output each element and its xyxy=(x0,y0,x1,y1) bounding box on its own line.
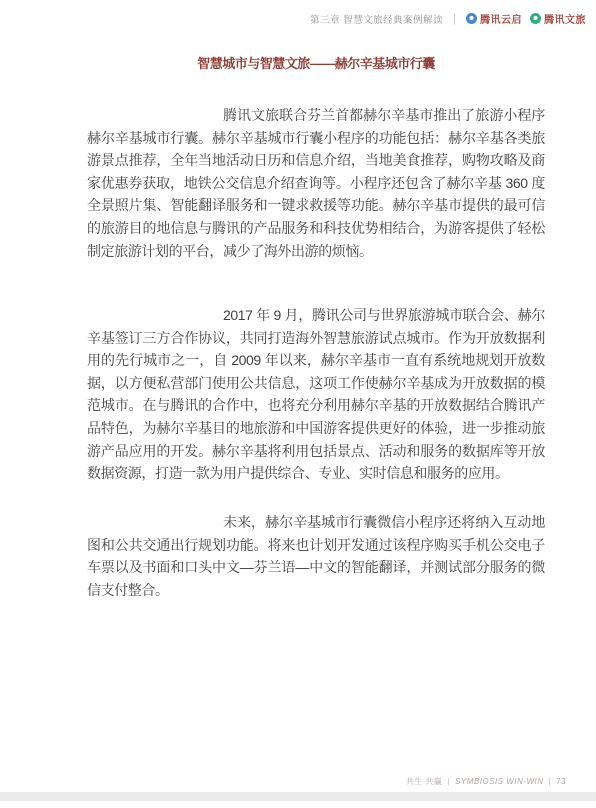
footer-separator: | xyxy=(447,777,450,786)
document-page: 第三章 智慧文旅经典案例解读 | 腾讯云启 腾讯文旅 智慧城市与智慧文旅——赫尔… xyxy=(0,0,596,808)
chapter-heading: 第三章 智慧文旅经典案例解读 xyxy=(310,12,443,26)
tencent-cloud-icon xyxy=(466,13,477,24)
tencent-culture-tourism-logo-label: 腾讯文旅 xyxy=(544,11,586,26)
footer-slogan-cn: 共生 共赢 xyxy=(406,776,443,787)
tencent-culture-tourism-logo: 腾讯文旅 xyxy=(530,11,586,26)
paragraph-3: 未来，赫尔辛基城市行囊微信小程序还将纳入互动地图和公共交通出行规划功能。将来也计… xyxy=(87,511,545,601)
bottom-bar xyxy=(0,792,596,801)
paragraph-1: 腾讯文旅联合芬兰首都赫尔辛基市推出了旅游小程序赫尔辛基城市行囊。赫尔辛基城市行囊… xyxy=(87,104,545,262)
running-header: 第三章 智慧文旅经典案例解读 | 腾讯云启 腾讯文旅 xyxy=(310,11,586,26)
paragraph-2: 2017 年 9 月，腾讯公司与世界旅游城市联合会、赫尔辛基签订三方合作协议，共… xyxy=(87,304,545,485)
header-divider: | xyxy=(453,13,456,25)
tencent-culture-tourism-icon xyxy=(530,13,541,24)
footer-separator: | xyxy=(549,777,552,786)
tencent-cloud-logo-label: 腾讯云启 xyxy=(480,11,522,26)
page-footer: 共生 共赢 | SYMBIOSIS WIN-WIN | 73 xyxy=(406,776,566,787)
page-number: 73 xyxy=(556,777,566,786)
tencent-cloud-logo: 腾讯云启 xyxy=(466,11,522,26)
footer-slogan-en: SYMBIOSIS WIN-WIN xyxy=(455,777,544,786)
page-title: 智慧城市与智慧文旅——赫尔辛基城市行囊 xyxy=(87,53,545,72)
